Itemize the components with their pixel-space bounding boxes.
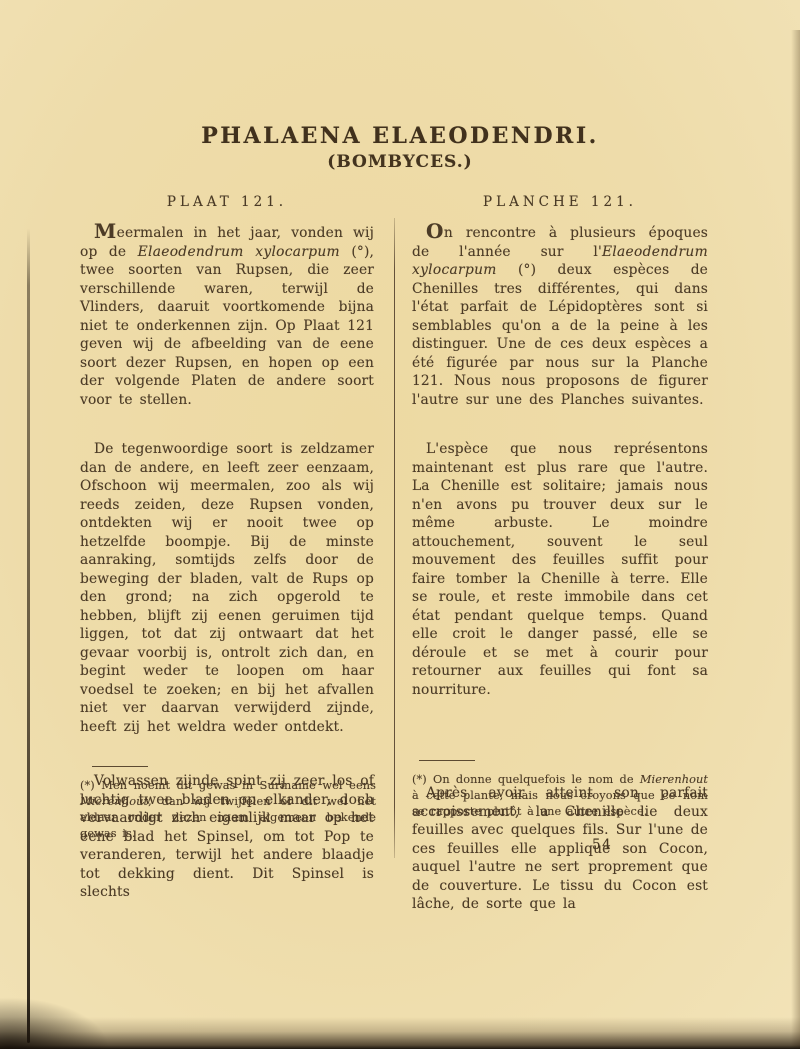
paragraph-text: De tegenwoordige soort is zeldzamer dan … xyxy=(80,441,374,735)
dutch-column-heading: PLAAT 121. xyxy=(80,194,374,210)
french-column-heading: PLANCHE 121. xyxy=(412,194,708,210)
footnote-separator-rule xyxy=(419,760,475,761)
footnote-text: (*) On donne quelquefois le nom de Miere… xyxy=(412,772,708,820)
signature-page-number: 54 xyxy=(592,837,612,853)
paragraph-text: n rencontre à plusieurs époques de l'ann… xyxy=(412,225,708,408)
footnote-text: (*) Men noemt dit gewas in Suriname wel … xyxy=(80,778,376,842)
column-divider-rule xyxy=(394,218,395,858)
drop-cap: M xyxy=(94,219,117,243)
scan-shadow-right-edge xyxy=(791,30,800,1049)
paragraph-text: L'espèce que nous représentons maintenan… xyxy=(412,441,708,698)
drop-cap: O xyxy=(426,219,444,243)
scanned-book-page: PHALAENA ELAEODENDRI. (BOMBYCES.) PLAAT … xyxy=(0,0,800,1049)
page-title: PHALAENA ELAEODENDRI. xyxy=(0,123,800,149)
scan-shadow-bottom-left-corner xyxy=(0,997,110,1049)
paragraph-text: eermalen in het jaar, vonden wij op de E… xyxy=(80,225,374,408)
scan-shadow-bottom-edge xyxy=(0,1017,800,1049)
french-paragraph-1: On rencontre à plusieurs époques de l'an… xyxy=(412,221,708,409)
page-subtitle: (BOMBYCES.) xyxy=(0,152,800,172)
french-paragraph-2: L'espèce que nous représentons maintenan… xyxy=(412,440,708,699)
dutch-footnote: (*) Men noemt dit gewas in Suriname wel … xyxy=(80,766,376,842)
footnote-separator-rule xyxy=(92,766,148,767)
dutch-paragraph-1: Meermalen in het jaar, vonden wij op de … xyxy=(80,221,374,409)
dutch-paragraph-2: De tegenwoordige soort is zeldzamer dan … xyxy=(80,440,374,736)
scan-shadow-left-edge xyxy=(27,228,30,1043)
french-footnote: (*) On donne quelquefois le nom de Miere… xyxy=(412,760,708,820)
